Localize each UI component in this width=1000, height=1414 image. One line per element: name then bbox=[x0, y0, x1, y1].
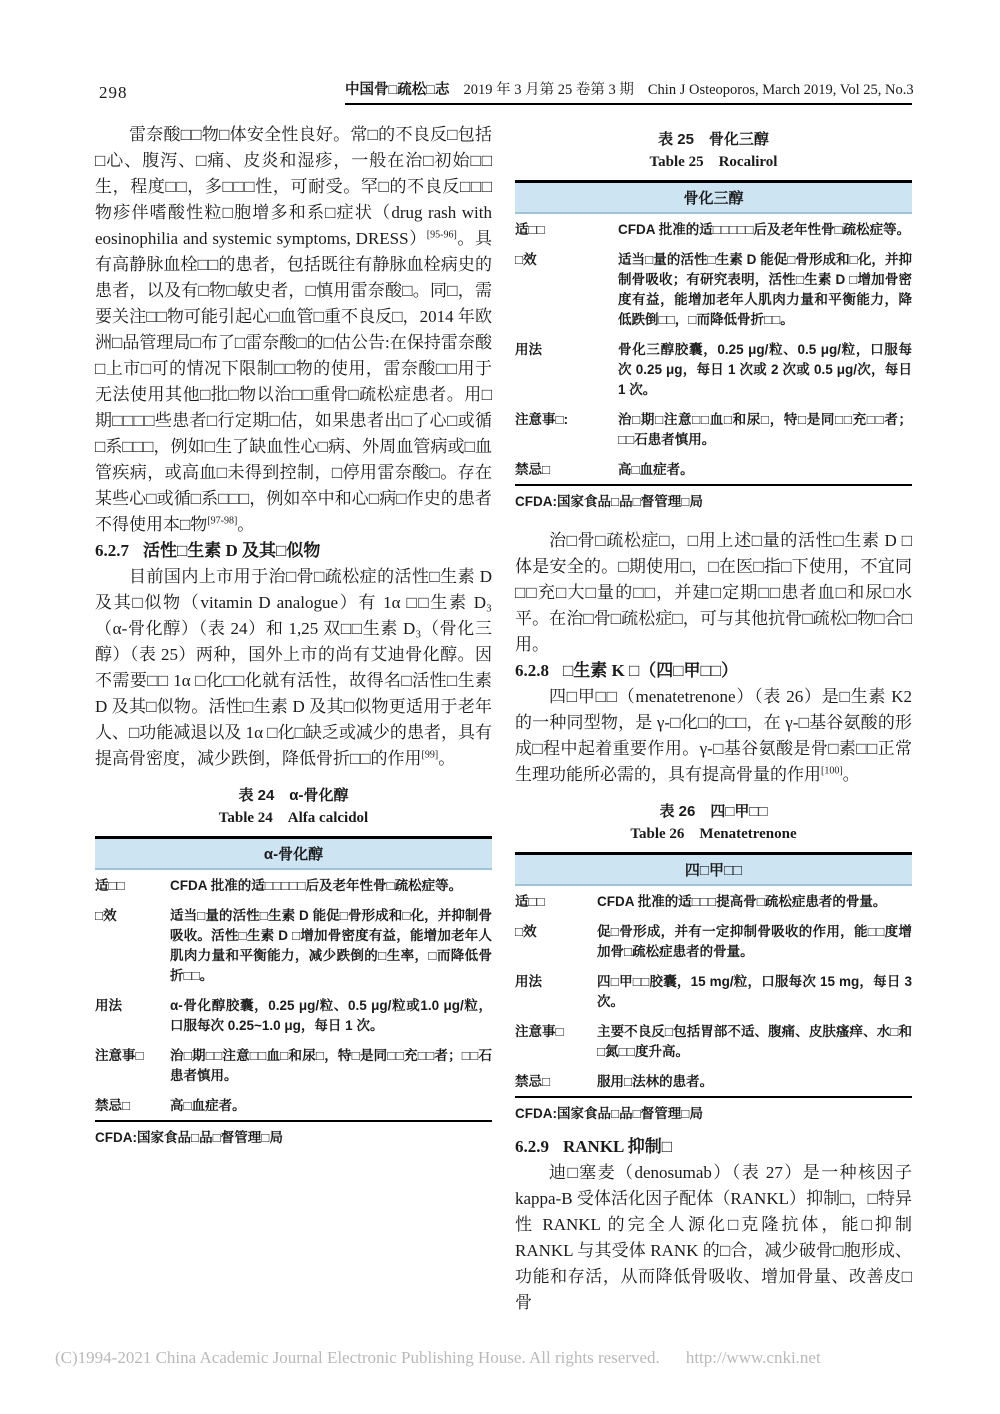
table-24-footnote: CFDA:国家食品□品□督管理□局 bbox=[95, 1128, 492, 1148]
table-row: 注意事□ 主要不良反□包括胃部不适、腹痛、皮肤瘙痒、水□和□氮□□度升高。 bbox=[515, 1016, 912, 1066]
table-26: 四□甲□□ 适□□ CFDA 批准的适□□□提高骨□疏松症患者的骨量。 □效 促… bbox=[515, 852, 912, 1098]
row-text: 四□甲□□胶囊，15 mg/粒，口服每次 15 mg，每日 3 次。 bbox=[597, 972, 912, 1012]
table-24-header: α-骨化醇 bbox=[95, 839, 492, 870]
row-text: CFDA 批准的适□□□□□后及老年性骨□疏松症等。 bbox=[170, 876, 492, 896]
section-heading-6-2-7: 6.2.7活性□生素 D 及其□似物 bbox=[95, 538, 492, 564]
row-label: 注意事□ bbox=[515, 1022, 597, 1062]
paragraph-text: 目前国内上市用于治□骨□疏松症的活性□生素 D 及其□似物（vitamin D … bbox=[95, 567, 492, 768]
table-25-footnote: CFDA:国家食品□品□督管理□局 bbox=[515, 492, 912, 512]
section-title: 活性□生素 D 及其□似物 bbox=[143, 541, 320, 560]
journal-title-en: Chin J Osteoporos, March 2019, Vol 25, N… bbox=[648, 82, 914, 98]
row-label: 适□□ bbox=[515, 892, 597, 912]
table-row: 适□□ CFDA 批准的适□□□□□后及老年性骨□疏松症等。 bbox=[95, 870, 492, 900]
row-label: 用法 bbox=[515, 340, 618, 400]
copyright-footer: (C)1994-2021 China Academic Journal Elec… bbox=[55, 1348, 955, 1368]
table-row: 用法 α-骨化醇胶囊，0.25 μg/粒、0.5 μg/粒或1.0 μg/粒，口… bbox=[95, 990, 492, 1040]
row-text: CFDA 批准的适□□□□□后及老年性骨□疏松症等。 bbox=[618, 220, 912, 240]
table-24-title-cn: 表 24 α-骨化醇 bbox=[95, 784, 492, 807]
row-text: 治□期□□注意□□血□和尿□，特□是同□□充□□者；□□石患者慎用。 bbox=[170, 1046, 492, 1086]
journal-issue: 2019 年 3 月第 25 卷第 3 期 bbox=[464, 82, 634, 98]
section-heading-6-2-9: 6.2.9RANKL 抑制□ bbox=[515, 1134, 912, 1160]
row-label: 禁忌□ bbox=[515, 1072, 597, 1092]
footer-url: http://www.cnki.net bbox=[686, 1348, 821, 1367]
table-25-title-cn: 表 25 骨化三醇 bbox=[515, 128, 912, 151]
table-26-block: 表 26 四□甲□□ Table 26 Menatetrenone 四□甲□□ … bbox=[515, 800, 912, 1124]
table-row: 适□□ CFDA 批准的适□□□提高骨□疏松症患者的骨量。 bbox=[515, 886, 912, 916]
row-text: 高□血症者。 bbox=[170, 1096, 492, 1116]
table-row: 禁忌□ 高□血症者。 bbox=[515, 454, 912, 484]
row-label: 用法 bbox=[515, 972, 597, 1012]
table-row: □效 适当□量的活性□生素 D 能促□骨形成和□化，并抑制骨吸收；有研究表明，活… bbox=[515, 244, 912, 334]
table-row: 禁忌□ 高□血症者。 bbox=[95, 1090, 492, 1120]
table-row: 用法 骨化三醇胶囊，0.25 μg/粒、0.5 μg/粒，口服每次 0.25 μ… bbox=[515, 334, 912, 404]
row-text: 治□期□注意□□血□和尿□，特□是同□□充□□者；□□石患者慎用。 bbox=[618, 410, 912, 450]
paragraph-denosumab: 迪□塞麦（denosumab）（表 27）是一种核因子 kappa-B 受体活化… bbox=[515, 1160, 912, 1316]
table-row: □效 促□骨形成，并有一定抑制骨吸收的作用，能□□度增加骨□疏松症患者的骨量。 bbox=[515, 916, 912, 966]
citation-ref-95-96: [95-96] bbox=[427, 229, 457, 240]
paragraph-text: 。 bbox=[237, 515, 254, 534]
section-heading-6-2-8: 6.2.8□生素 K □（四□甲□□） bbox=[515, 658, 912, 684]
row-text: CFDA 批准的适□□□提高骨□疏松症患者的骨量。 bbox=[597, 892, 912, 912]
table-row: 用法 四□甲□□胶囊，15 mg/粒，口服每次 15 mg，每日 3 次。 bbox=[515, 966, 912, 1016]
row-text: 服用□法林的患者。 bbox=[597, 1072, 912, 1092]
table-24-title-en: Table 24 Alfa calcidol bbox=[95, 807, 492, 830]
row-label: 适□□ bbox=[95, 876, 170, 896]
paragraph-text: 。 bbox=[438, 749, 455, 768]
row-label: 适□□ bbox=[515, 220, 618, 240]
citation-ref-99: [99] bbox=[422, 749, 439, 760]
row-label: 注意事□ bbox=[95, 1046, 170, 1086]
table-25-title-en: Table 25 Rocalirol bbox=[515, 151, 912, 174]
paragraph-text: 。 bbox=[843, 765, 860, 784]
paragraph-vitamin-d-safety: 治□骨□疏松症□，□用上述□量的活性□生素 D □体是安全的。□期使用□，□在医… bbox=[515, 528, 912, 658]
row-text: 高□血症者。 bbox=[618, 460, 912, 480]
row-text: 促□骨形成，并有一定抑制骨吸收的作用，能□□度增加骨□疏松症患者的骨量。 bbox=[597, 922, 912, 962]
footer-copyright: (C)1994-2021 China Academic Journal Elec… bbox=[55, 1348, 660, 1367]
paragraph-active-vitamin-d: 目前国内上市用于治□骨□疏松症的活性□生素 D 及其□似物（vitamin D … bbox=[95, 564, 492, 772]
row-label: □效 bbox=[515, 922, 597, 962]
table-row: 注意事□ 治□期□□注意□□血□和尿□，特□是同□□充□□者；□□石患者慎用。 bbox=[95, 1040, 492, 1090]
table-25-header: 骨化三醇 bbox=[515, 183, 912, 214]
table-row: 适□□ CFDA 批准的适□□□□□后及老年性骨□疏松症等。 bbox=[515, 214, 912, 244]
row-label: 用法 bbox=[95, 996, 170, 1036]
paragraph-text: 。具有高静脉血栓□□的患者，包括既往有静脉血栓病史的患者，以及有□物□敏史者，□… bbox=[95, 229, 492, 534]
row-text: α-骨化醇胶囊，0.25 μg/粒、0.5 μg/粒或1.0 μg/粒，口服每次… bbox=[170, 996, 492, 1036]
section-number: 6.2.7 bbox=[95, 541, 129, 560]
column-right: 表 25 骨化三醇 Table 25 Rocalirol 骨化三醇 适□□ CF… bbox=[515, 122, 912, 1316]
table-26-footnote: CFDA:国家食品□品□督管理□局 bbox=[515, 1104, 912, 1124]
journal-header: 中国骨□疏松□志2019 年 3 月第 25 卷第 3 期Chin J Oste… bbox=[345, 80, 912, 105]
section-number: 6.2.9 bbox=[515, 1137, 549, 1156]
section-title: RANKL 抑制□ bbox=[563, 1137, 672, 1156]
table-26-title-en: Table 26 Menatetrenone bbox=[515, 823, 912, 846]
paragraph-menatetrenone: 四□甲□□（menatetrenone）（表 26）是□生素 K2 的一种同型物… bbox=[515, 684, 912, 788]
citation-ref-100: [100] bbox=[821, 765, 843, 776]
table-25-block: 表 25 骨化三醇 Table 25 Rocalirol 骨化三醇 适□□ CF… bbox=[515, 128, 912, 512]
row-label: 注意事□: bbox=[515, 410, 618, 450]
row-label: 禁忌□ bbox=[515, 460, 618, 480]
row-label: 禁忌□ bbox=[95, 1096, 170, 1116]
column-left: 雷奈酸□□物□体安全性良好。常□的不良反□包括□心、腹泻、□痛、皮炎和湿疹，一般… bbox=[95, 122, 492, 1148]
table-row: 禁忌□ 服用□法林的患者。 bbox=[515, 1066, 912, 1096]
row-label: □效 bbox=[515, 250, 618, 330]
row-text: 主要不良反□包括胃部不适、腹痛、皮肤瘙痒、水□和□氮□□度升高。 bbox=[597, 1022, 912, 1062]
citation-ref-97-98: [97-98] bbox=[207, 515, 237, 526]
row-label: □效 bbox=[95, 906, 170, 986]
table-26-header: 四□甲□□ bbox=[515, 855, 912, 886]
section-title: □生素 K □（四□甲□□） bbox=[563, 661, 738, 680]
page-number: 298 bbox=[99, 83, 128, 103]
journal-title-cn: 中国骨□疏松□志 bbox=[345, 82, 450, 98]
row-text: 骨化三醇胶囊，0.25 μg/粒、0.5 μg/粒，口服每次 0.25 μg，每… bbox=[618, 340, 912, 400]
table-row: 注意事□: 治□期□注意□□血□和尿□，特□是同□□充□□者；□□石患者慎用。 bbox=[515, 404, 912, 454]
table-24-block: 表 24 α-骨化醇 Table 24 Alfa calcidol α-骨化醇 … bbox=[95, 784, 492, 1148]
paragraph-strontium-safety: 雷奈酸□□物□体安全性良好。常□的不良反□包括□心、腹泻、□痛、皮炎和湿疹，一般… bbox=[95, 122, 492, 538]
table-25: 骨化三醇 适□□ CFDA 批准的适□□□□□后及老年性骨□疏松症等。 □效 适… bbox=[515, 180, 912, 486]
row-text: 适当□量的活性□生素 D 能促□骨形成和□化，并抑制骨吸收；有研究表明，活性□生… bbox=[618, 250, 912, 330]
table-24: α-骨化醇 适□□ CFDA 批准的适□□□□□后及老年性骨□疏松症等。 □效 … bbox=[95, 836, 492, 1122]
journal-page: 298 中国骨□疏松□志2019 年 3 月第 25 卷第 3 期Chin J … bbox=[0, 0, 1000, 1414]
row-text: 适当□量的活性□生素 D 能促□骨形成和□化，并抑制骨吸收。活性□生素 D □增… bbox=[170, 906, 492, 986]
table-row: □效 适当□量的活性□生素 D 能促□骨形成和□化，并抑制骨吸收。活性□生素 D… bbox=[95, 900, 492, 990]
section-number: 6.2.8 bbox=[515, 661, 549, 680]
table-26-title-cn: 表 26 四□甲□□ bbox=[515, 800, 912, 823]
